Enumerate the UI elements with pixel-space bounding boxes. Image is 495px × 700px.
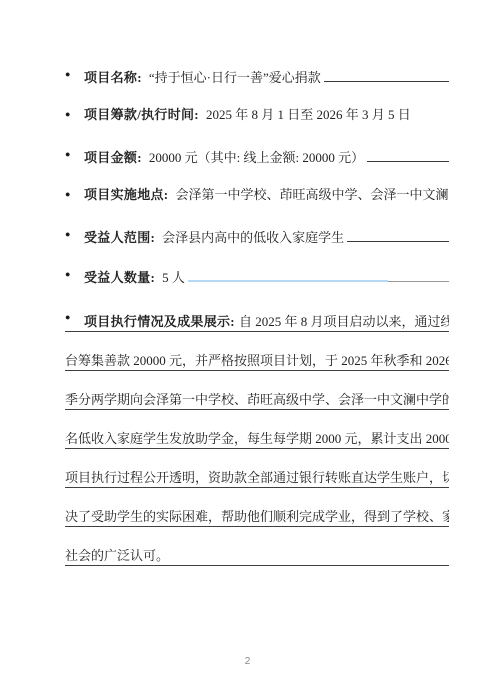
report-line-text: 社会的广泛认可。 (65, 545, 169, 564)
report-line: ● 项目执行情况及成果展示: 自 2025 年 8 月项目启动以来，通过线上平 (65, 304, 449, 332)
field-value-project-amount: 20000 元（其中: 线上金额: 20000 元） (147, 147, 367, 164)
field-label-project-name: 项目名称: (84, 67, 147, 84)
field-row-fundraising-period: ● 项目筹款/执行时间: 2025 年 8 月 1 日至 2026 年 3 月 … (65, 104, 449, 124)
field-label-project-amount: 项目金额: (84, 147, 147, 164)
field-label-beneficiary-scope: 受益人范围: (84, 227, 160, 244)
report-line-text: 自 2025 年 8 月项目启动以来，通过线上平 (239, 311, 449, 330)
report-line-text: 名低收入家庭学生发放助学金，每生每学期 2000 元，累计支出 20000 元。 (65, 428, 449, 447)
field-label-report: 项目执行情况及成果展示: (84, 311, 239, 330)
report-section: ● 项目执行情况及成果展示: 自 2025 年 8 月项目启动以来，通过线上平 … (65, 304, 449, 566)
field-label-implementation-sites: 项目实施地点: (84, 184, 173, 203)
bullet-icon: ● (65, 109, 84, 119)
bullet-icon: ● (65, 69, 84, 79)
underline-filler (347, 224, 449, 242)
report-line: 决了受助学生的实际困难，帮助他们顺利完成学业，得到了学校、家长和 (65, 499, 449, 527)
field-value-implementation-sites: 会泽第一中学校、茚旺高级中学、会泽一中文澜中学 (173, 184, 449, 204)
underline-filler-blue (188, 264, 388, 282)
field-row-beneficiary-scope: ● 受益人范围: 会泽县内高中的低收入家庭学生 (65, 224, 449, 244)
bullet-icon: ● (65, 189, 84, 199)
bullet-icon: ● (65, 149, 84, 159)
bullet-icon: ● (65, 269, 84, 279)
report-line-text: 台筹集善款 20000 元，并严格按照项目计划，于 2025 年秋季和 2026… (65, 350, 449, 369)
underline-filler-gray (388, 264, 449, 282)
bullet-icon: ● (65, 229, 84, 239)
field-label-fundraising-period: 项目筹款/执行时间: (84, 104, 204, 123)
report-line-text: 季分两学期向会泽第一中学校、茚旺高级中学、会泽一中文澜中学的 5 (65, 389, 449, 408)
report-line: 项目执行过程公开透明，资助款全部通过银行转账直达学生账户，切实解 (65, 460, 449, 488)
underline-filler (324, 64, 449, 82)
field-value-fundraising-period: 2025 年 8 月 1 日至 2026 年 3 月 5 日 (204, 104, 414, 124)
report-line: 名低收入家庭学生发放助学金，每生每学期 2000 元，累计支出 20000 元。 (65, 421, 449, 449)
document-page: ● 项目名称: “持于恒心·日行一善”爱心捐款 ● 项目筹款/执行时间: 202… (0, 0, 495, 700)
underline-filler (367, 144, 449, 162)
report-line: 季分两学期向会泽第一中学校、茚旺高级中学、会泽一中文澜中学的 5 (65, 382, 449, 410)
page-number: 2 (0, 656, 495, 667)
report-line: 台筹集善款 20000 元，并严格按照项目计划，于 2025 年秋季和 2026… (65, 343, 449, 371)
report-line: 社会的广泛认可。 (65, 538, 449, 566)
field-label-beneficiary-count: 受益人数量: (84, 267, 160, 284)
document-content: ● 项目名称: “持于恒心·日行一善”爱心捐款 ● 项目筹款/执行时间: 202… (65, 64, 449, 577)
field-row-project-amount: ● 项目金额: 20000 元（其中: 线上金额: 20000 元） (65, 144, 449, 164)
report-line-text: 决了受助学生的实际困难，帮助他们顺利完成学业，得到了学校、家长和 (65, 506, 449, 525)
report-line-text: 项目执行过程公开透明，资助款全部通过银行转账直达学生账户，切实解 (65, 467, 449, 486)
field-row-implementation-sites: ● 项目实施地点: 会泽第一中学校、茚旺高级中学、会泽一中文澜中学 (65, 184, 449, 204)
field-value-beneficiary-count: 5 人 (160, 267, 188, 284)
field-row-beneficiary-count: ● 受益人数量: 5 人 (65, 264, 449, 284)
field-value-project-name: “持于恒心·日行一善”爱心捐款 (147, 67, 324, 84)
field-row-project-name: ● 项目名称: “持于恒心·日行一善”爱心捐款 (65, 64, 449, 84)
bullet-icon: ● (65, 312, 84, 322)
field-value-beneficiary-scope: 会泽县内高中的低收入家庭学生 (160, 227, 347, 244)
